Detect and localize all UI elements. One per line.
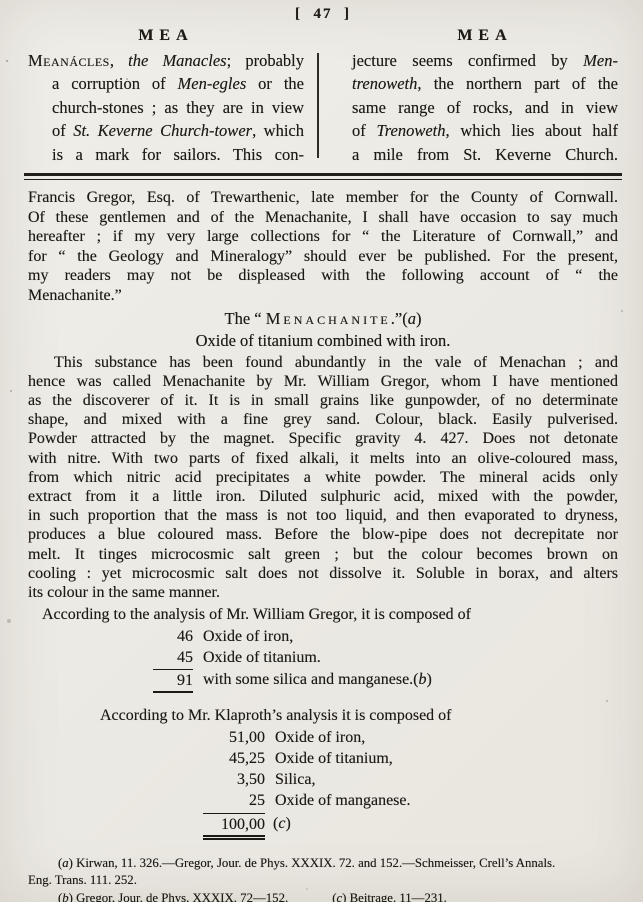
analysis-value: 45	[153, 647, 193, 668]
text-segment: same range of rocks, and in view	[352, 98, 618, 117]
text-segment: jecture seems confirmed by	[352, 51, 583, 70]
text-segment: .”(	[391, 309, 408, 328]
entry-line: a corruption of Men-egles or the	[28, 72, 304, 95]
text-line: in such proportion that the mass is not …	[28, 506, 618, 525]
column-divider-rule	[317, 53, 319, 158]
text-line: Of these gentlemen and of the Menachanit…	[28, 208, 618, 228]
text-line: Menachanite.”	[28, 286, 618, 306]
entry-line: jecture seems confirmed by Men-	[352, 49, 618, 72]
text-segment: or the	[246, 74, 304, 93]
text-segment: is a mark for sailors. This con-	[52, 145, 304, 164]
description-paragraph: This substance has been found abundantly…	[28, 353, 618, 603]
text-segment: ) Beitrage. 11—231.	[342, 891, 447, 902]
text-segment: )	[427, 671, 432, 688]
text-line: melt. It tinges microcosmic salt green ;…	[28, 545, 618, 564]
text-line: This substance has been found abundantly…	[28, 353, 618, 372]
text-line: extract from it a little iron. Diluted s…	[28, 487, 618, 506]
text-segment: Trenoweth	[376, 121, 445, 140]
running-head-left: MEA	[138, 27, 193, 44]
analysis-label: Oxide of manganese.	[265, 790, 411, 811]
intro-paragraph: Francis Gregor, Esq. of Trewarthenic, la…	[28, 188, 618, 306]
text-segment: , which lies about half	[446, 121, 618, 140]
analysis-value: 46	[153, 626, 193, 647]
running-head-right: MEA	[457, 27, 512, 44]
text-segment: The “	[225, 309, 266, 328]
section-title: The “ Menachanite.”(a)	[28, 309, 618, 329]
klaproth-analysis-table: 51,00 Oxide of iron, 45,25 Oxide of tita…	[203, 727, 618, 840]
scan-noise	[6, 60, 8, 62]
analysis-label: Oxide of titanium.	[193, 647, 321, 668]
table-row: 25 Oxide of manganese.	[203, 790, 618, 811]
text-line: my readers may not be displeased with th…	[28, 266, 618, 286]
entry-line: a mile from St. Keverne Church.	[352, 143, 618, 166]
text-segment: )	[285, 815, 290, 832]
text-segment: , which	[252, 121, 304, 140]
text-line: from which nitric acid precipitates a wh…	[28, 468, 618, 487]
dictionary-column-left: Meanácles, the Manacles; probably a corr…	[28, 49, 304, 166]
dictionary-column-right: jecture seems confirmed by Men- trenowet…	[352, 49, 618, 166]
analysis-label: Oxide of iron,	[193, 626, 293, 647]
entry-line: Meanácles, the Manacles; probably	[28, 49, 304, 72]
book-page: [ 47 ] MEA MEA Meanácles, the Manacles; …	[0, 0, 643, 902]
analysis-total-label: with some silica and manganese.(b)	[193, 669, 432, 693]
gregor-analysis-intro: According to the analysis of Mr. William…	[42, 606, 618, 624]
entry-line: is a mark for sailors. This con-	[28, 143, 304, 166]
text-segment: ,	[110, 51, 128, 70]
text-segment: )	[416, 309, 422, 328]
text-segment: of	[52, 121, 73, 140]
running-head-left-box: MEA	[28, 27, 304, 45]
entry-line: same range of rocks, and in view	[352, 96, 618, 119]
text-segment: the Manacles	[128, 51, 226, 70]
text-segment: a	[408, 309, 416, 328]
section-separator-rule	[24, 173, 622, 180]
text-segment: ) Kirwan, 11. 326.—Gregor, Jour. de Phys…	[69, 856, 556, 870]
entry-line: church-stones ; as they are in view	[28, 96, 304, 119]
text-line: hence was called Menachanite by Mr. Will…	[28, 372, 618, 391]
text-segment: Men-	[583, 51, 618, 70]
analysis-value: 45,25	[203, 748, 265, 769]
footnote-row: (b) Gregor, Jour. de Phys, XXXIX. 72—152…	[28, 890, 618, 902]
table-row: 46 Oxide of iron,	[153, 626, 618, 647]
footnote-b: (b) Gregor, Jour. de Phys, XXXIX. 72—152…	[58, 890, 288, 902]
analysis-label: Oxide of titanium,	[265, 748, 393, 769]
text-segment: St. Keverne Church-tower	[73, 121, 252, 140]
text-segment: ; probably	[227, 51, 304, 70]
page-number: [ 47 ]	[28, 6, 618, 26]
table-row: 3,50 Silica,	[203, 769, 618, 790]
footnotes: (a) Kirwan, 11. 326.—Gregor, Jour. de Ph…	[28, 855, 618, 902]
text-segment: Meanácles	[28, 51, 110, 70]
text-line: cooling : yet microcosmic salt does not …	[28, 564, 618, 583]
running-head-right-box: MEA	[352, 27, 618, 45]
entry-line: of St. Keverne Church-tower, which	[28, 119, 304, 142]
entry-line: trenoweth, the northern part of the	[352, 72, 618, 95]
text-line: produces a blue coloured mass. Before th…	[28, 525, 618, 544]
table-row: 51,00 Oxide of iron,	[203, 727, 618, 748]
text-line: its colour in the same manner.	[28, 583, 618, 602]
text-segment: Men-egles	[178, 74, 247, 93]
section-subtitle: Oxide of titanium combined with iron.	[28, 331, 618, 351]
running-heads: MEA MEA	[28, 27, 618, 45]
footnote-a-line2: Eng. Trans. 111. 252.	[28, 872, 618, 890]
table-total-row: 91 with some silica and manganese.(b)	[153, 669, 618, 693]
analysis-label: Silica,	[265, 769, 315, 790]
text-segment: , the northern part of the	[417, 74, 618, 93]
table-row: 45 Oxide of titanium.	[153, 647, 618, 668]
analysis-value: 3,50	[203, 769, 265, 790]
text-segment: of	[352, 121, 376, 140]
text-segment: ) Gregor, Jour. de Phys, XXXIX. 72—152.	[69, 891, 289, 902]
table-row: 45,25 Oxide of titanium,	[203, 748, 618, 769]
analysis-total-value: 100,00	[203, 813, 265, 840]
analysis-value: 25	[203, 790, 265, 811]
text-line: with nitre. With two parts of fixed alka…	[28, 449, 618, 468]
text-segment: a corruption of	[52, 74, 178, 93]
text-line: Francis Gregor, Esq. of Trewarthenic, la…	[28, 188, 618, 208]
text-line: hereafter ; if my very large collections…	[28, 227, 618, 247]
text-segment: trenoweth	[352, 74, 417, 93]
text-line: Powder attracted by the magnet. Specific…	[28, 429, 618, 448]
gregor-analysis-table: 46 Oxide of iron, 45 Oxide of titanium. …	[153, 626, 618, 693]
text-segment: church-stones ; as they are in view	[52, 98, 304, 117]
klaproth-analysis-intro: According to Mr. Klaproth’s analysis it …	[100, 707, 618, 725]
text-segment: b	[419, 671, 427, 688]
text-line: as the discoverer of it. It is in small …	[28, 391, 618, 410]
analysis-label: Oxide of iron,	[265, 727, 365, 748]
text-line: for “ the Geology and Mineralogy” should…	[28, 247, 618, 267]
analysis-total-suffix: (c)	[265, 813, 291, 840]
footnote-c: (c) Beitrage. 11—231.	[332, 890, 447, 902]
table-total-row: 100,00 (c)	[203, 813, 618, 840]
analysis-value: 51,00	[203, 727, 265, 748]
text-line: shape, and mixed with a fine grey sand. …	[28, 410, 618, 429]
analysis-total-value: 91	[153, 669, 193, 693]
text-segment: Menachanite	[266, 309, 391, 328]
text-segment: a mile from St. Keverne Church.	[352, 145, 618, 164]
footnote-a-line1: (a) Kirwan, 11. 326.—Gregor, Jour. de Ph…	[28, 855, 618, 873]
text-segment: with some silica and manganese.(	[203, 671, 419, 688]
dictionary-columns: Meanácles, the Manacles; probably a corr…	[28, 49, 618, 166]
entry-line: of Trenoweth, which lies about half	[352, 119, 618, 142]
